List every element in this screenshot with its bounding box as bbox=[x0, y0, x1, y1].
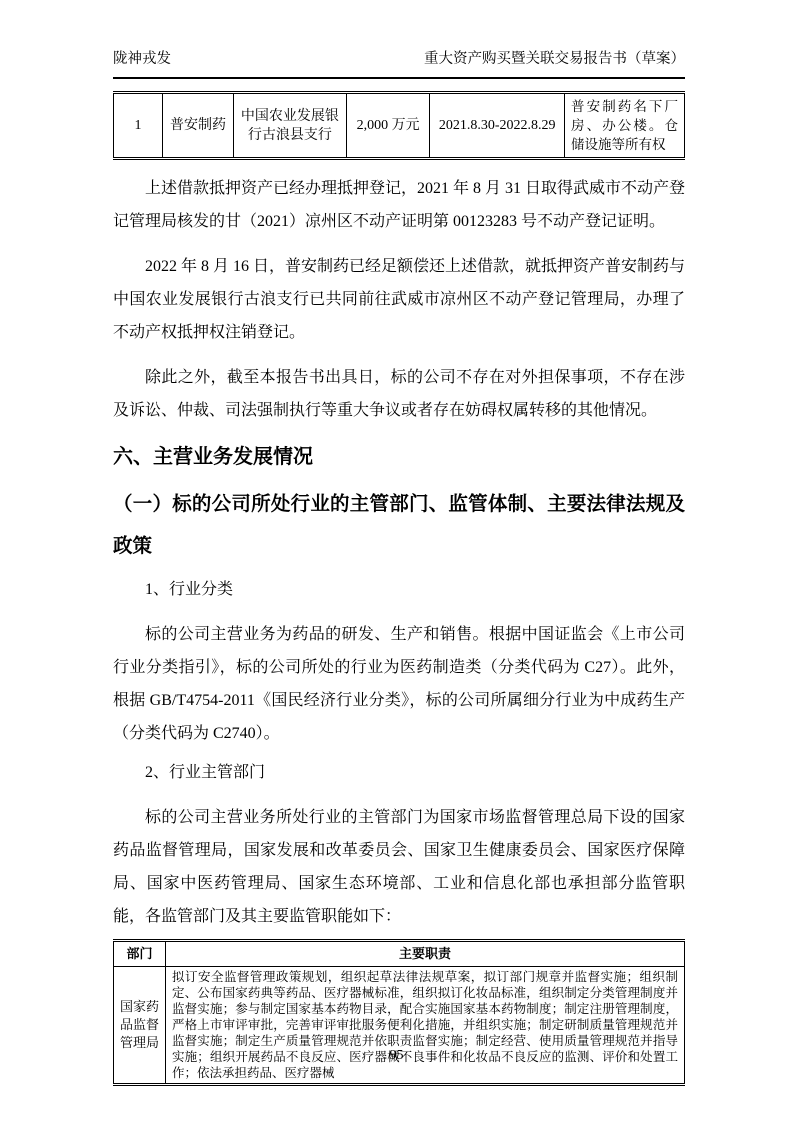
column-header-duties: 主要职责 bbox=[166, 941, 685, 967]
header-company-name: 陇神戎发 bbox=[113, 50, 171, 69]
subsection-heading-regulators: 2、行业主管部门 bbox=[113, 756, 685, 789]
collateral-table: 1 普安制药 中国农业发展银行古浪县支行 2,000 万元 2021.8.30-… bbox=[113, 91, 685, 160]
section-heading-sub: （一）标的公司所处行业的主管部门、监管体制、主要法律法规及政策 bbox=[113, 483, 685, 567]
cell-duties: 拟订安全监督管理政策规划，组织起草法律法规草案，拟订部门规章并监督实施；组织制定… bbox=[166, 967, 685, 1085]
paragraph-repayment: 2022 年 8 月 16 日，普安制药已经足额偿还上述借款，就抵押资产普安制药… bbox=[113, 250, 685, 349]
column-header-department: 部门 bbox=[114, 941, 166, 967]
paragraph-industry-classification: 标的公司主营业务为药品的研发、生产和销售。根据中国证监会《上市公司行业分类指引》… bbox=[113, 618, 685, 750]
subsection-heading-industry-classification: 1、行业分类 bbox=[113, 573, 685, 606]
cell-bank: 中国农业发展银行古浪县支行 bbox=[233, 93, 346, 159]
regulator-table-header-row: 部门 主要职责 bbox=[114, 941, 685, 967]
cell-borrower: 普安制药 bbox=[163, 93, 234, 159]
regulator-table-row: 国家药品监督管理局 拟订安全监督管理政策规划，组织起草法律法规草案，拟订部门规章… bbox=[114, 967, 685, 1085]
paragraph-no-guarantee: 除此之外，截至本报告书出具日，标的公司不存在对外担保事项，不存在涉及诉讼、仲裁、… bbox=[113, 361, 685, 427]
section-heading-main: 六、主营业务发展情况 bbox=[113, 443, 685, 471]
cell-department: 国家药品监督管理局 bbox=[114, 967, 166, 1085]
table-row: 1 普安制药 中国农业发展银行古浪县支行 2,000 万元 2021.8.30-… bbox=[114, 93, 685, 159]
header-document-title: 重大资产购买暨关联交易报告书（草案） bbox=[424, 50, 685, 69]
document-page: 陇神戎发 重大资产购买暨关联交易报告书（草案） 1 普安制药 中国农业发展银行古… bbox=[0, 0, 793, 1122]
paragraph-regulators: 标的公司主营业务所处行业的主管部门为国家市场监督管理总局下设的国家药品监督管理局… bbox=[113, 801, 685, 933]
page-header: 陇神戎发 重大资产购买暨关联交易报告书（草案） bbox=[113, 50, 685, 79]
cell-seq: 1 bbox=[114, 93, 163, 159]
paragraph-mortgage-registration: 上述借款抵押资产已经办理抵押登记，2021 年 8 月 31 日取得武威市不动产… bbox=[113, 172, 685, 238]
cell-period: 2021.8.30-2022.8.29 bbox=[430, 93, 565, 159]
cell-collateral: 普安制药名下厂房、办公楼。仓储设施等所有权 bbox=[565, 93, 685, 159]
page-footer: 95 bbox=[0, 1048, 793, 1064]
page-number: 95 bbox=[390, 1048, 404, 1063]
cell-amount: 2,000 万元 bbox=[346, 93, 429, 159]
